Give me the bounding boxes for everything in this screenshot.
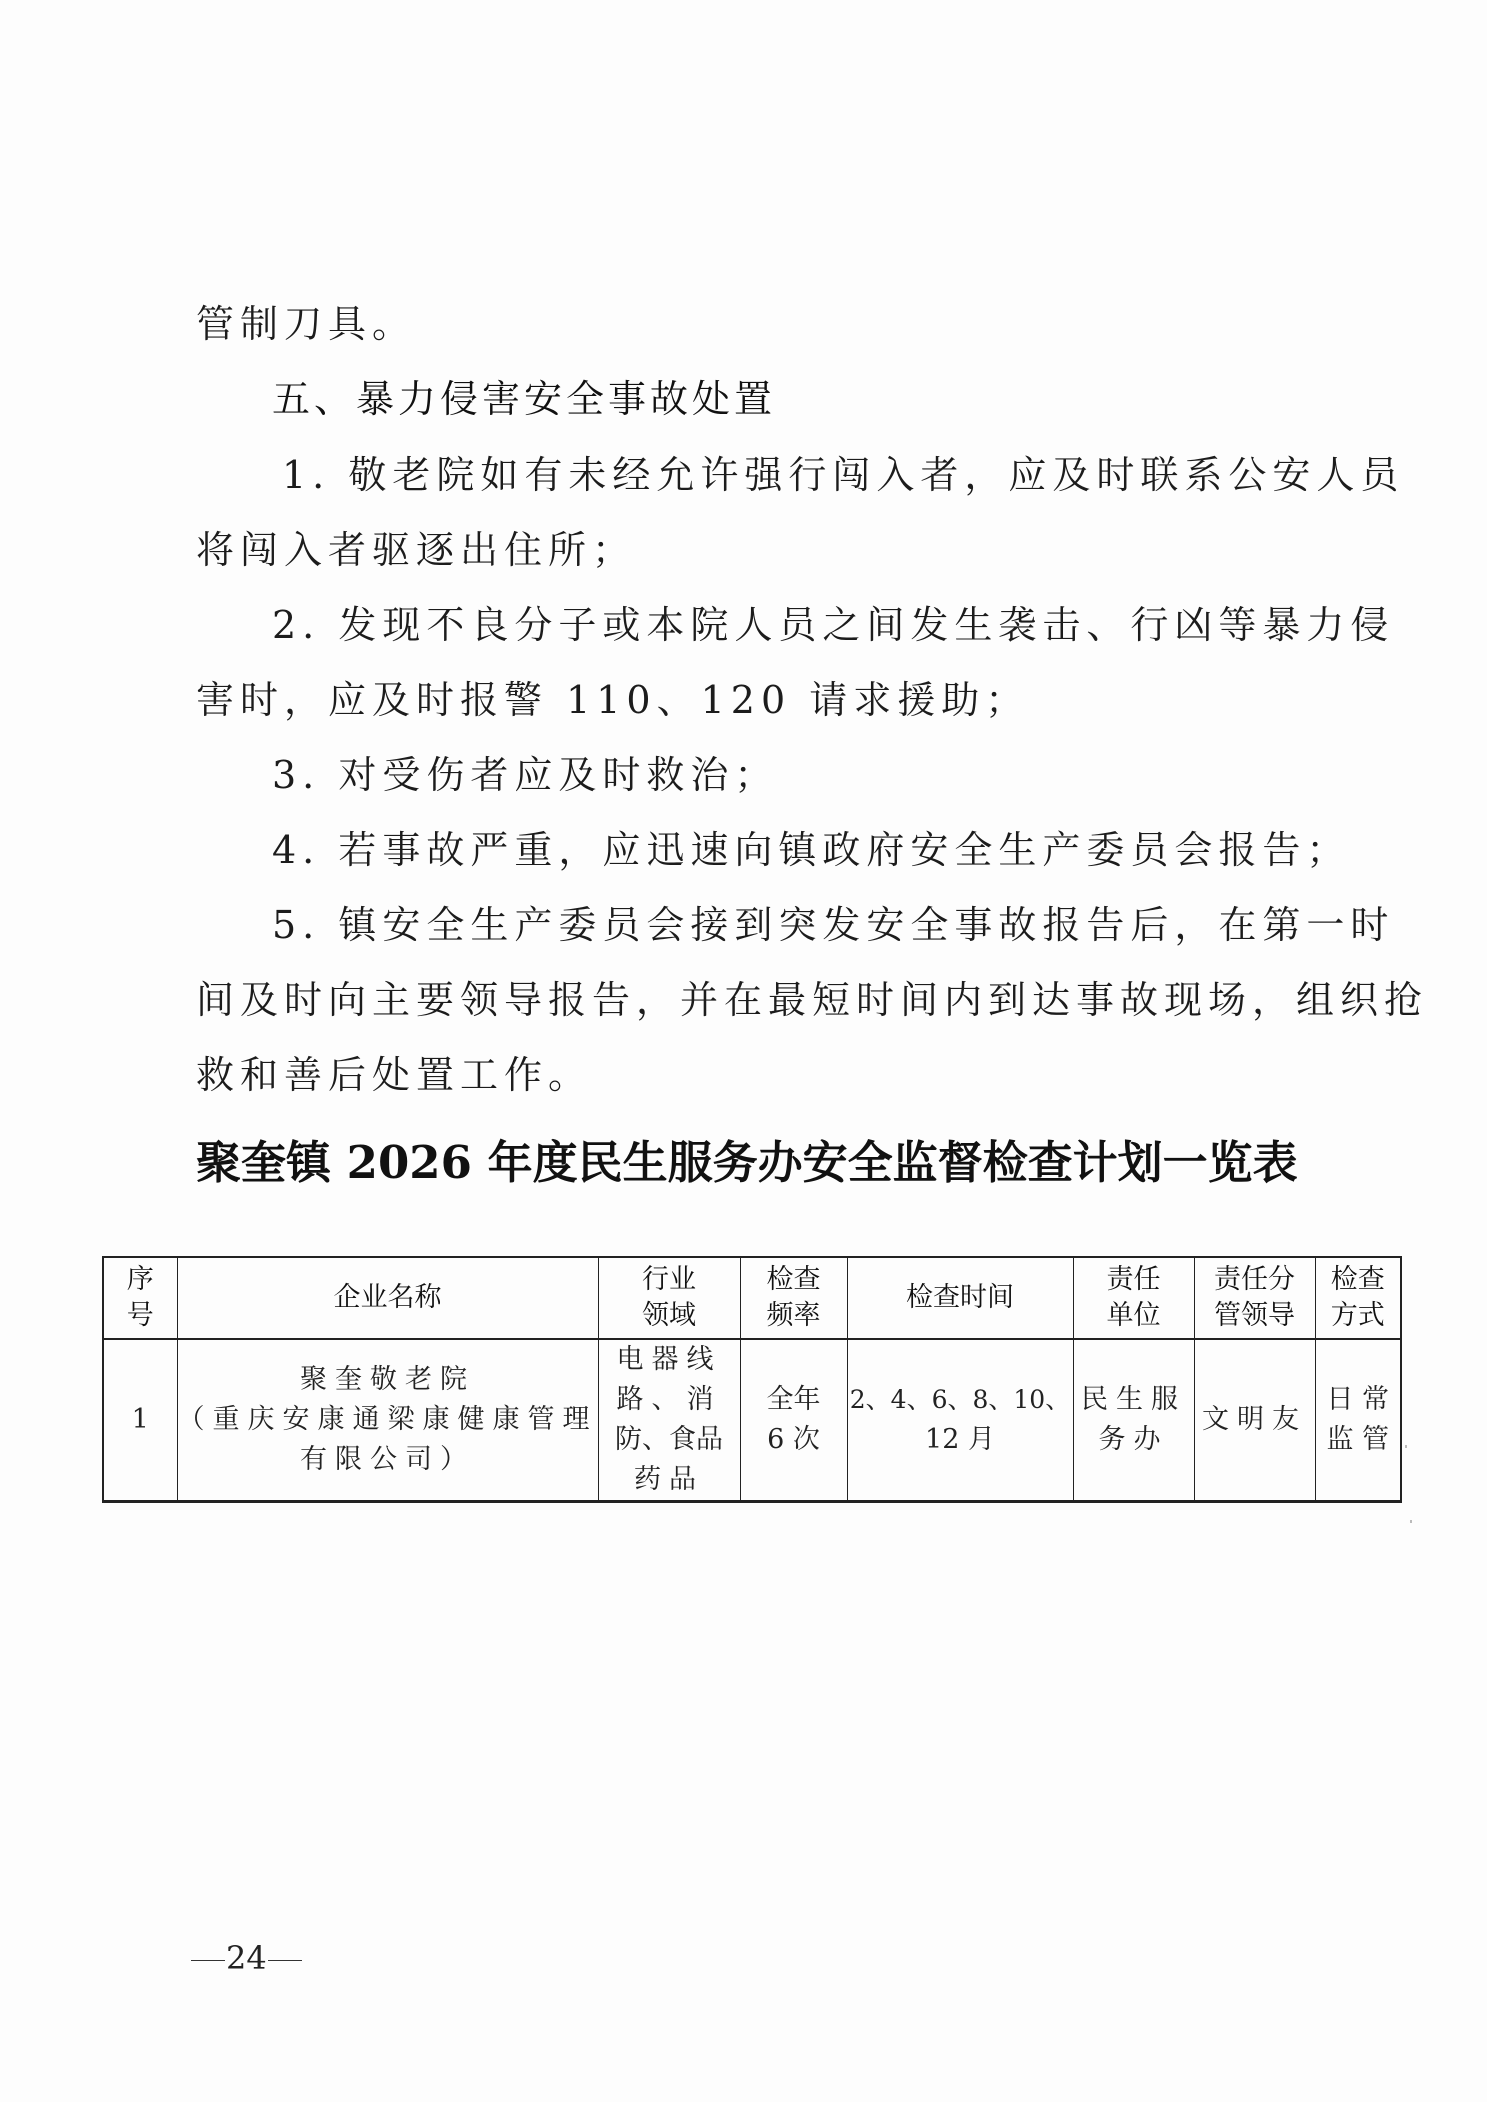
page-number-value: 24 xyxy=(226,1939,267,1977)
header-responsible-unit: 责任 单位 xyxy=(1073,1257,1194,1339)
cell-method: 日 常 监 管 xyxy=(1315,1339,1401,1502)
scan-speck xyxy=(1405,1445,1407,1448)
dash-left xyxy=(191,1960,225,1962)
inspection-plan-table: 序 号 企业名称 行业 领域 检查 频率 检查时间 责任 单位 责任分 xyxy=(102,1256,1402,1503)
carryover-line: 管制刀具。 xyxy=(196,302,416,346)
item-1-line-1: 1. 敬老院如有未经允许强行闯入者，应及时联系公安人员 xyxy=(282,453,1404,497)
item-1-line-2: 将闯入者驱逐出住所； xyxy=(196,528,636,572)
dash-right xyxy=(268,1960,302,1962)
table-row: 1 聚奎敬老院 （重庆安康通梁康健康管理 有限公司） 电器线 路、消 防、食品 … xyxy=(103,1339,1401,1502)
header-schedule: 检查时间 xyxy=(847,1257,1073,1339)
item-4-line-1: 4. 若事故严重，应迅速向镇政府安全生产委员会报告； xyxy=(272,828,1350,872)
header-company-name: 企业名称 xyxy=(177,1257,598,1339)
item-5-line-1: 5. 镇安全生产委员会接到突发安全事故报告后，在第一时 xyxy=(272,903,1394,947)
header-method: 检查 方式 xyxy=(1315,1257,1401,1339)
cell-frequency: 全年 6 次 xyxy=(740,1339,847,1502)
item-5-line-3: 救和善后处置工作。 xyxy=(196,1053,592,1097)
item-3-line-1: 3. 对受伤者应及时救治； xyxy=(272,753,778,797)
item-2-line-2: 害时，应及时报警 110、120 请求援助； xyxy=(196,678,1029,722)
header-frequency: 检查 频率 xyxy=(740,1257,847,1339)
section-heading: 五、暴力侵害安全事故处置 xyxy=(272,377,776,421)
table-header-row: 序 号 企业名称 行业 领域 检查 频率 检查时间 责任 单位 责任分 xyxy=(103,1257,1401,1339)
cell-schedule: 2、4、6、8、10、 12 月 xyxy=(847,1339,1073,1502)
cell-index: 1 xyxy=(103,1339,177,1502)
cell-company: 聚奎敬老院 （重庆安康通梁康健康管理 有限公司） xyxy=(177,1339,598,1502)
item-5-line-2: 间及时向主要领导报告，并在最短时间内到达事故现场，组织抢 xyxy=(196,978,1428,1022)
page-number: 24 xyxy=(190,1938,303,1978)
item-2-line-1: 2. 发现不良分子或本院人员之间发生袭击、行凶等暴力侵 xyxy=(272,603,1394,647)
header-responsible-leader: 责任分 管领导 xyxy=(1194,1257,1315,1339)
header-index: 序 号 xyxy=(103,1257,177,1339)
cell-responsible-leader: 文明友 xyxy=(1194,1339,1315,1502)
cell-industry: 电器线 路、消 防、食品 药品 xyxy=(598,1339,740,1502)
cell-responsible-unit: 民生服 务办 xyxy=(1073,1339,1194,1502)
document-page: 管制刀具。 五、暴力侵害安全事故处置 1. 敬老院如有未经允许强行闯入者，应及时… xyxy=(0,0,1487,2102)
scan-speck xyxy=(1410,1520,1412,1523)
table-title: 聚奎镇 2026 年度民生服务办安全监督检查计划一览表 xyxy=(196,1135,1298,1191)
header-industry: 行业 领域 xyxy=(598,1257,740,1339)
